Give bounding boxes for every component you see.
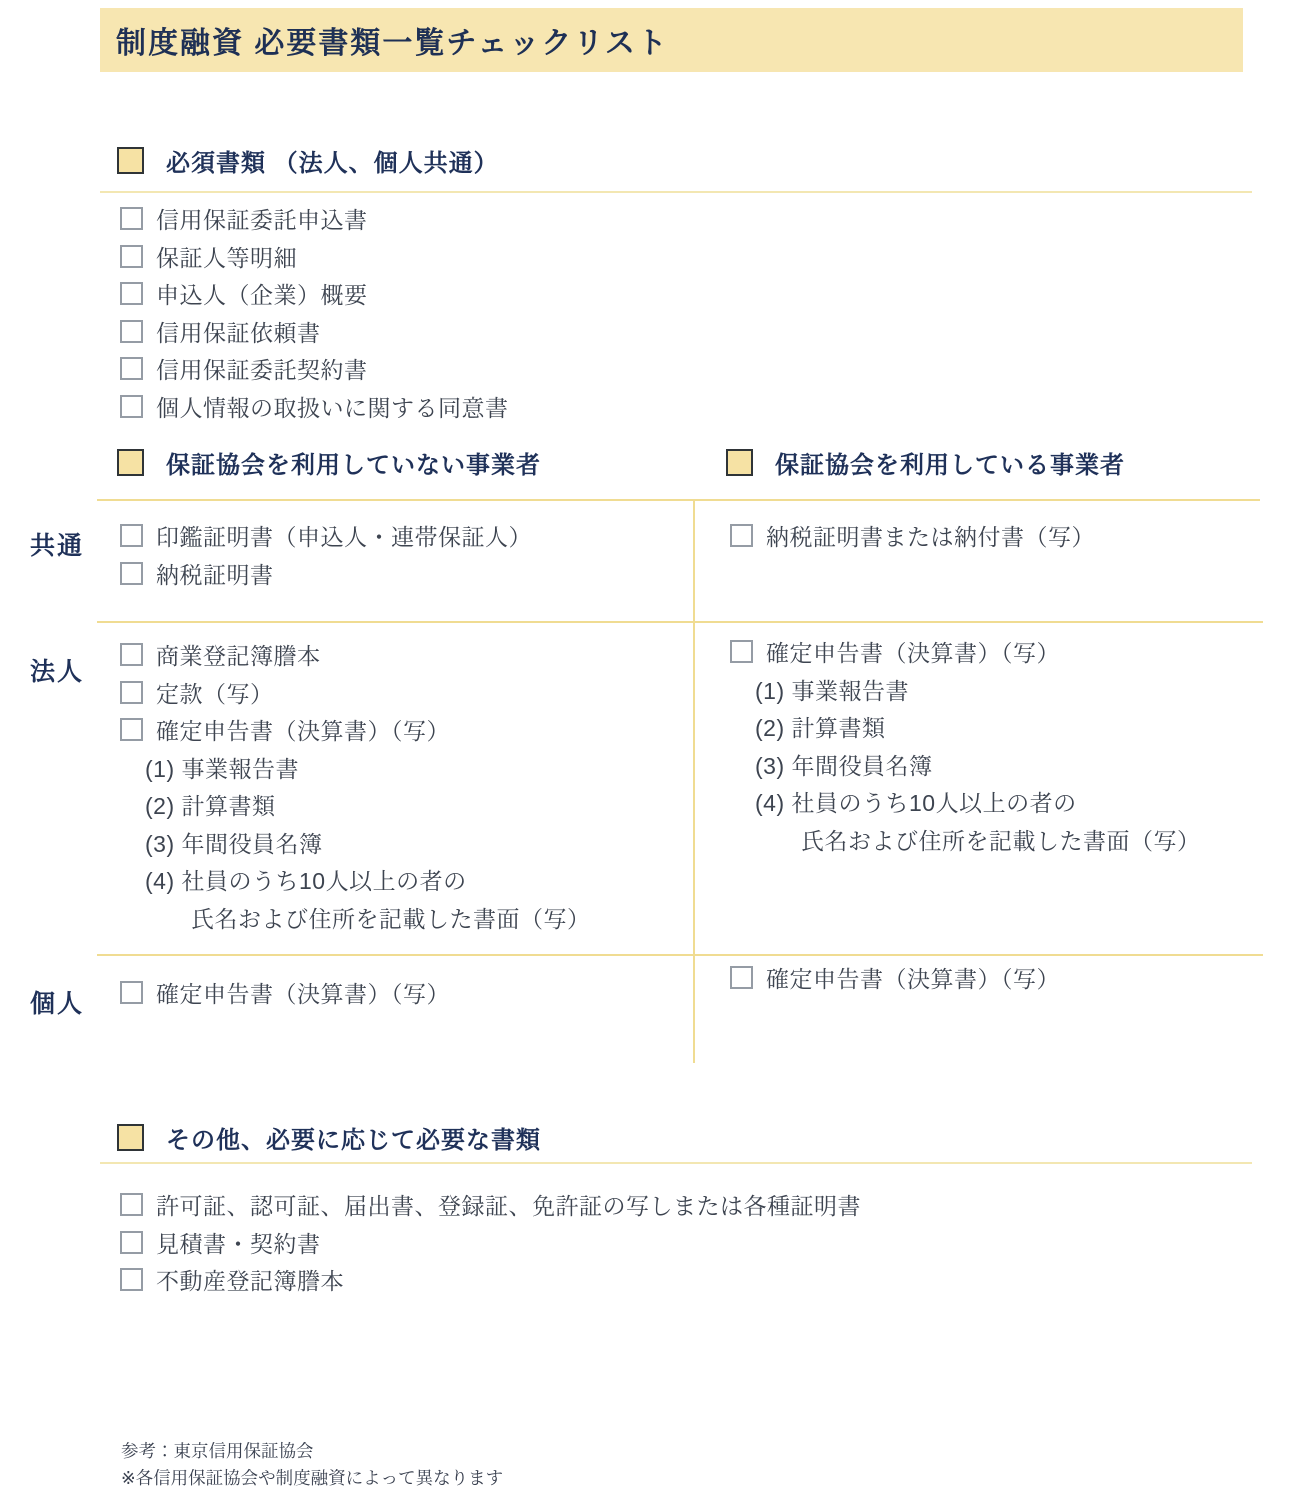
checklist-item-label: (1) 事業報告書 <box>145 751 299 784</box>
checkbox[interactable] <box>730 524 753 547</box>
checkbox[interactable] <box>120 524 143 547</box>
checklist-item-label: 保証人等明細 <box>156 240 297 273</box>
cell-common-left: 印鑑証明書（申込人・連帯保証人）納税証明書 <box>120 517 532 592</box>
checklist-item: 確定申告書（決算書）（写） <box>730 633 1201 671</box>
checklist-item-label: 許可証、認可証、届出書、登録証、免許証の写しまたは各種証明書 <box>156 1188 861 1221</box>
table-row-divider-1 <box>97 621 1263 623</box>
cell-individual-left: 確定申告書（決算書）（写） <box>120 974 450 1012</box>
checkbox[interactable] <box>120 245 143 268</box>
cell-corporate-left: 商業登記簿謄本定款（写）確定申告書（決算書）（写）(1) 事業報告書(2) 計算… <box>120 636 591 936</box>
checklist-item: 個人情報の取扱いに関する同意書 <box>120 388 509 426</box>
section-marker-icon <box>117 147 144 174</box>
checklist-item-label: 信用保証委託契約書 <box>156 352 368 385</box>
checklist-item: 保証人等明細 <box>120 238 509 276</box>
section-required-header: 必須書類 （法人、個人共通） <box>117 144 499 176</box>
checkbox[interactable] <box>120 282 143 305</box>
checkbox[interactable] <box>120 395 143 418</box>
checklist-item: 信用保証委託申込書 <box>120 200 509 238</box>
section-other-title: その他、必要に応じて必要な書類 <box>166 1120 541 1155</box>
cell-common-right: 納税証明書または納付書（写） <box>730 517 1095 555</box>
checklist-item-label: 見積書・契約書 <box>156 1226 321 1259</box>
checklist-item: 商業登記簿謄本 <box>120 636 591 674</box>
section-marker-icon <box>117 449 144 476</box>
checklist-item-label: 確定申告書（決算書）（写） <box>766 635 1060 668</box>
checklist-item: 不動産登記簿謄本 <box>120 1261 861 1299</box>
row-label-corporate: 法人 <box>30 652 84 688</box>
checklist-item: (4) 社員のうち10人以上の者の <box>120 861 591 899</box>
checklist-item: 確定申告書（決算書）（写） <box>730 959 1060 997</box>
checklist-item: 納税証明書 <box>120 555 532 593</box>
checkbox[interactable] <box>120 643 143 666</box>
checkbox[interactable] <box>120 357 143 380</box>
section-required-title: 必須書類 （法人、個人共通） <box>166 143 499 178</box>
cell-corporate-right: 確定申告書（決算書）（写）(1) 事業報告書(2) 計算書類(3) 年間役員名簿… <box>730 633 1201 858</box>
checklist-item-label: 氏名および住所を記載した書面（写） <box>801 823 1201 856</box>
checklist-item-label: (2) 計算書類 <box>145 788 276 821</box>
checklist-item-label: 信用保証委託申込書 <box>156 202 368 235</box>
checklist-item: (2) 計算書類 <box>120 786 591 824</box>
checklist-item: (3) 年間役員名簿 <box>120 824 591 862</box>
other-items-list: 許可証、認可証、届出書、登録証、免許証の写しまたは各種証明書見積書・契約書不動産… <box>120 1186 861 1299</box>
checkbox[interactable] <box>120 320 143 343</box>
checklist-item-label: 氏名および住所を記載した書面（写） <box>191 901 591 934</box>
table-column-divider <box>693 499 695 1063</box>
column-header-left: 保証協会を利用していない事業者 <box>117 446 541 478</box>
checkbox[interactable] <box>120 681 143 704</box>
checklist-item-label: 確定申告書（決算書）（写） <box>766 961 1060 994</box>
section-required-divider <box>100 191 1252 193</box>
checkbox[interactable] <box>730 966 753 989</box>
checkbox[interactable] <box>120 718 143 741</box>
table-top-border <box>97 499 1260 501</box>
checklist-item: 定款（写） <box>120 674 591 712</box>
section-other-divider <box>100 1162 1252 1164</box>
checkbox[interactable] <box>120 207 143 230</box>
required-items-list: 信用保証委託申込書保証人等明細申込人（企業）概要信用保証依頼書信用保証委託契約書… <box>120 200 509 425</box>
section-marker-icon <box>117 1124 144 1151</box>
row-label-individual: 個人 <box>30 984 84 1020</box>
checklist-item: (3) 年間役員名簿 <box>730 746 1201 784</box>
column-header-right: 保証協会を利用している事業者 <box>726 446 1125 478</box>
checklist-page: 制度融資 必要書類一覧チェックリスト 必須書類 （法人、個人共通） 信用保証委託… <box>0 0 1293 1507</box>
footer-note: 参考：東京信用保証協会 ※各信用保証協会や制度融資によって異なります <box>121 1438 503 1492</box>
checklist-item: 信用保証依頼書 <box>120 313 509 351</box>
checklist-item-label: 申込人（企業）概要 <box>156 277 368 310</box>
checkbox[interactable] <box>120 1268 143 1291</box>
checklist-item-label: (4) 社員のうち10人以上の者の <box>755 785 1077 818</box>
checklist-item: (2) 計算書類 <box>730 708 1201 746</box>
checklist-item: 許可証、認可証、届出書、登録証、免許証の写しまたは各種証明書 <box>120 1186 861 1224</box>
checklist-item: 印鑑証明書（申込人・連帯保証人） <box>120 517 532 555</box>
checklist-item-label: (2) 計算書類 <box>755 710 886 743</box>
checklist-item-label: 商業登記簿謄本 <box>156 638 321 671</box>
checkbox[interactable] <box>120 1193 143 1216</box>
checklist-item-label: 納税証明書または納付書（写） <box>766 519 1095 552</box>
checkbox[interactable] <box>120 1231 143 1254</box>
cell-individual-right: 確定申告書（決算書）（写） <box>730 959 1060 997</box>
column-left-title: 保証協会を利用していない事業者 <box>166 445 541 480</box>
checklist-item: 氏名および住所を記載した書面（写） <box>730 821 1201 859</box>
checklist-item: 申込人（企業）概要 <box>120 275 509 313</box>
checklist-item: (4) 社員のうち10人以上の者の <box>730 783 1201 821</box>
checklist-item: 確定申告書（決算書）（写） <box>120 974 450 1012</box>
checklist-item-label: 印鑑証明書（申込人・連帯保証人） <box>156 519 532 552</box>
checklist-item-label: 定款（写） <box>156 676 274 709</box>
checklist-item: (1) 事業報告書 <box>120 749 591 787</box>
checklist-item: 見積書・契約書 <box>120 1224 861 1262</box>
checklist-item-label: 個人情報の取扱いに関する同意書 <box>156 390 509 423</box>
checkbox[interactable] <box>120 981 143 1004</box>
checklist-item-label: (4) 社員のうち10人以上の者の <box>145 863 467 896</box>
section-marker-icon <box>726 449 753 476</box>
checklist-item-label: 確定申告書（決算書）（写） <box>156 976 450 1009</box>
row-label-common: 共通 <box>30 526 84 562</box>
checklist-item-label: (3) 年間役員名簿 <box>755 748 933 781</box>
title-banner: 制度融資 必要書類一覧チェックリスト <box>100 8 1243 72</box>
checklist-item: 確定申告書（決算書）（写） <box>120 711 591 749</box>
checklist-item-label: (1) 事業報告書 <box>755 673 909 706</box>
table-row-divider-2 <box>97 954 1263 956</box>
checklist-item: 氏名および住所を記載した書面（写） <box>120 899 591 937</box>
footer-disclaimer: ※各信用保証協会や制度融資によって異なります <box>121 1465 503 1492</box>
checklist-item-label: 確定申告書（決算書）（写） <box>156 713 450 746</box>
checklist-item-label: 不動産登記簿謄本 <box>156 1263 344 1296</box>
checklist-item: (1) 事業報告書 <box>730 671 1201 709</box>
checkbox[interactable] <box>120 562 143 585</box>
section-other-header: その他、必要に応じて必要な書類 <box>117 1121 541 1153</box>
page-title: 制度融資 必要書類一覧チェックリスト <box>116 18 669 62</box>
column-right-title: 保証協会を利用している事業者 <box>775 445 1125 480</box>
checklist-item-label: 納税証明書 <box>156 557 274 590</box>
checkbox[interactable] <box>730 640 753 663</box>
checklist-item: 信用保証委託契約書 <box>120 350 509 388</box>
checklist-item: 納税証明書または納付書（写） <box>730 517 1095 555</box>
checklist-item-label: (3) 年間役員名簿 <box>145 826 323 859</box>
footer-reference: 参考：東京信用保証協会 <box>121 1438 503 1465</box>
checklist-item-label: 信用保証依頼書 <box>156 315 321 348</box>
